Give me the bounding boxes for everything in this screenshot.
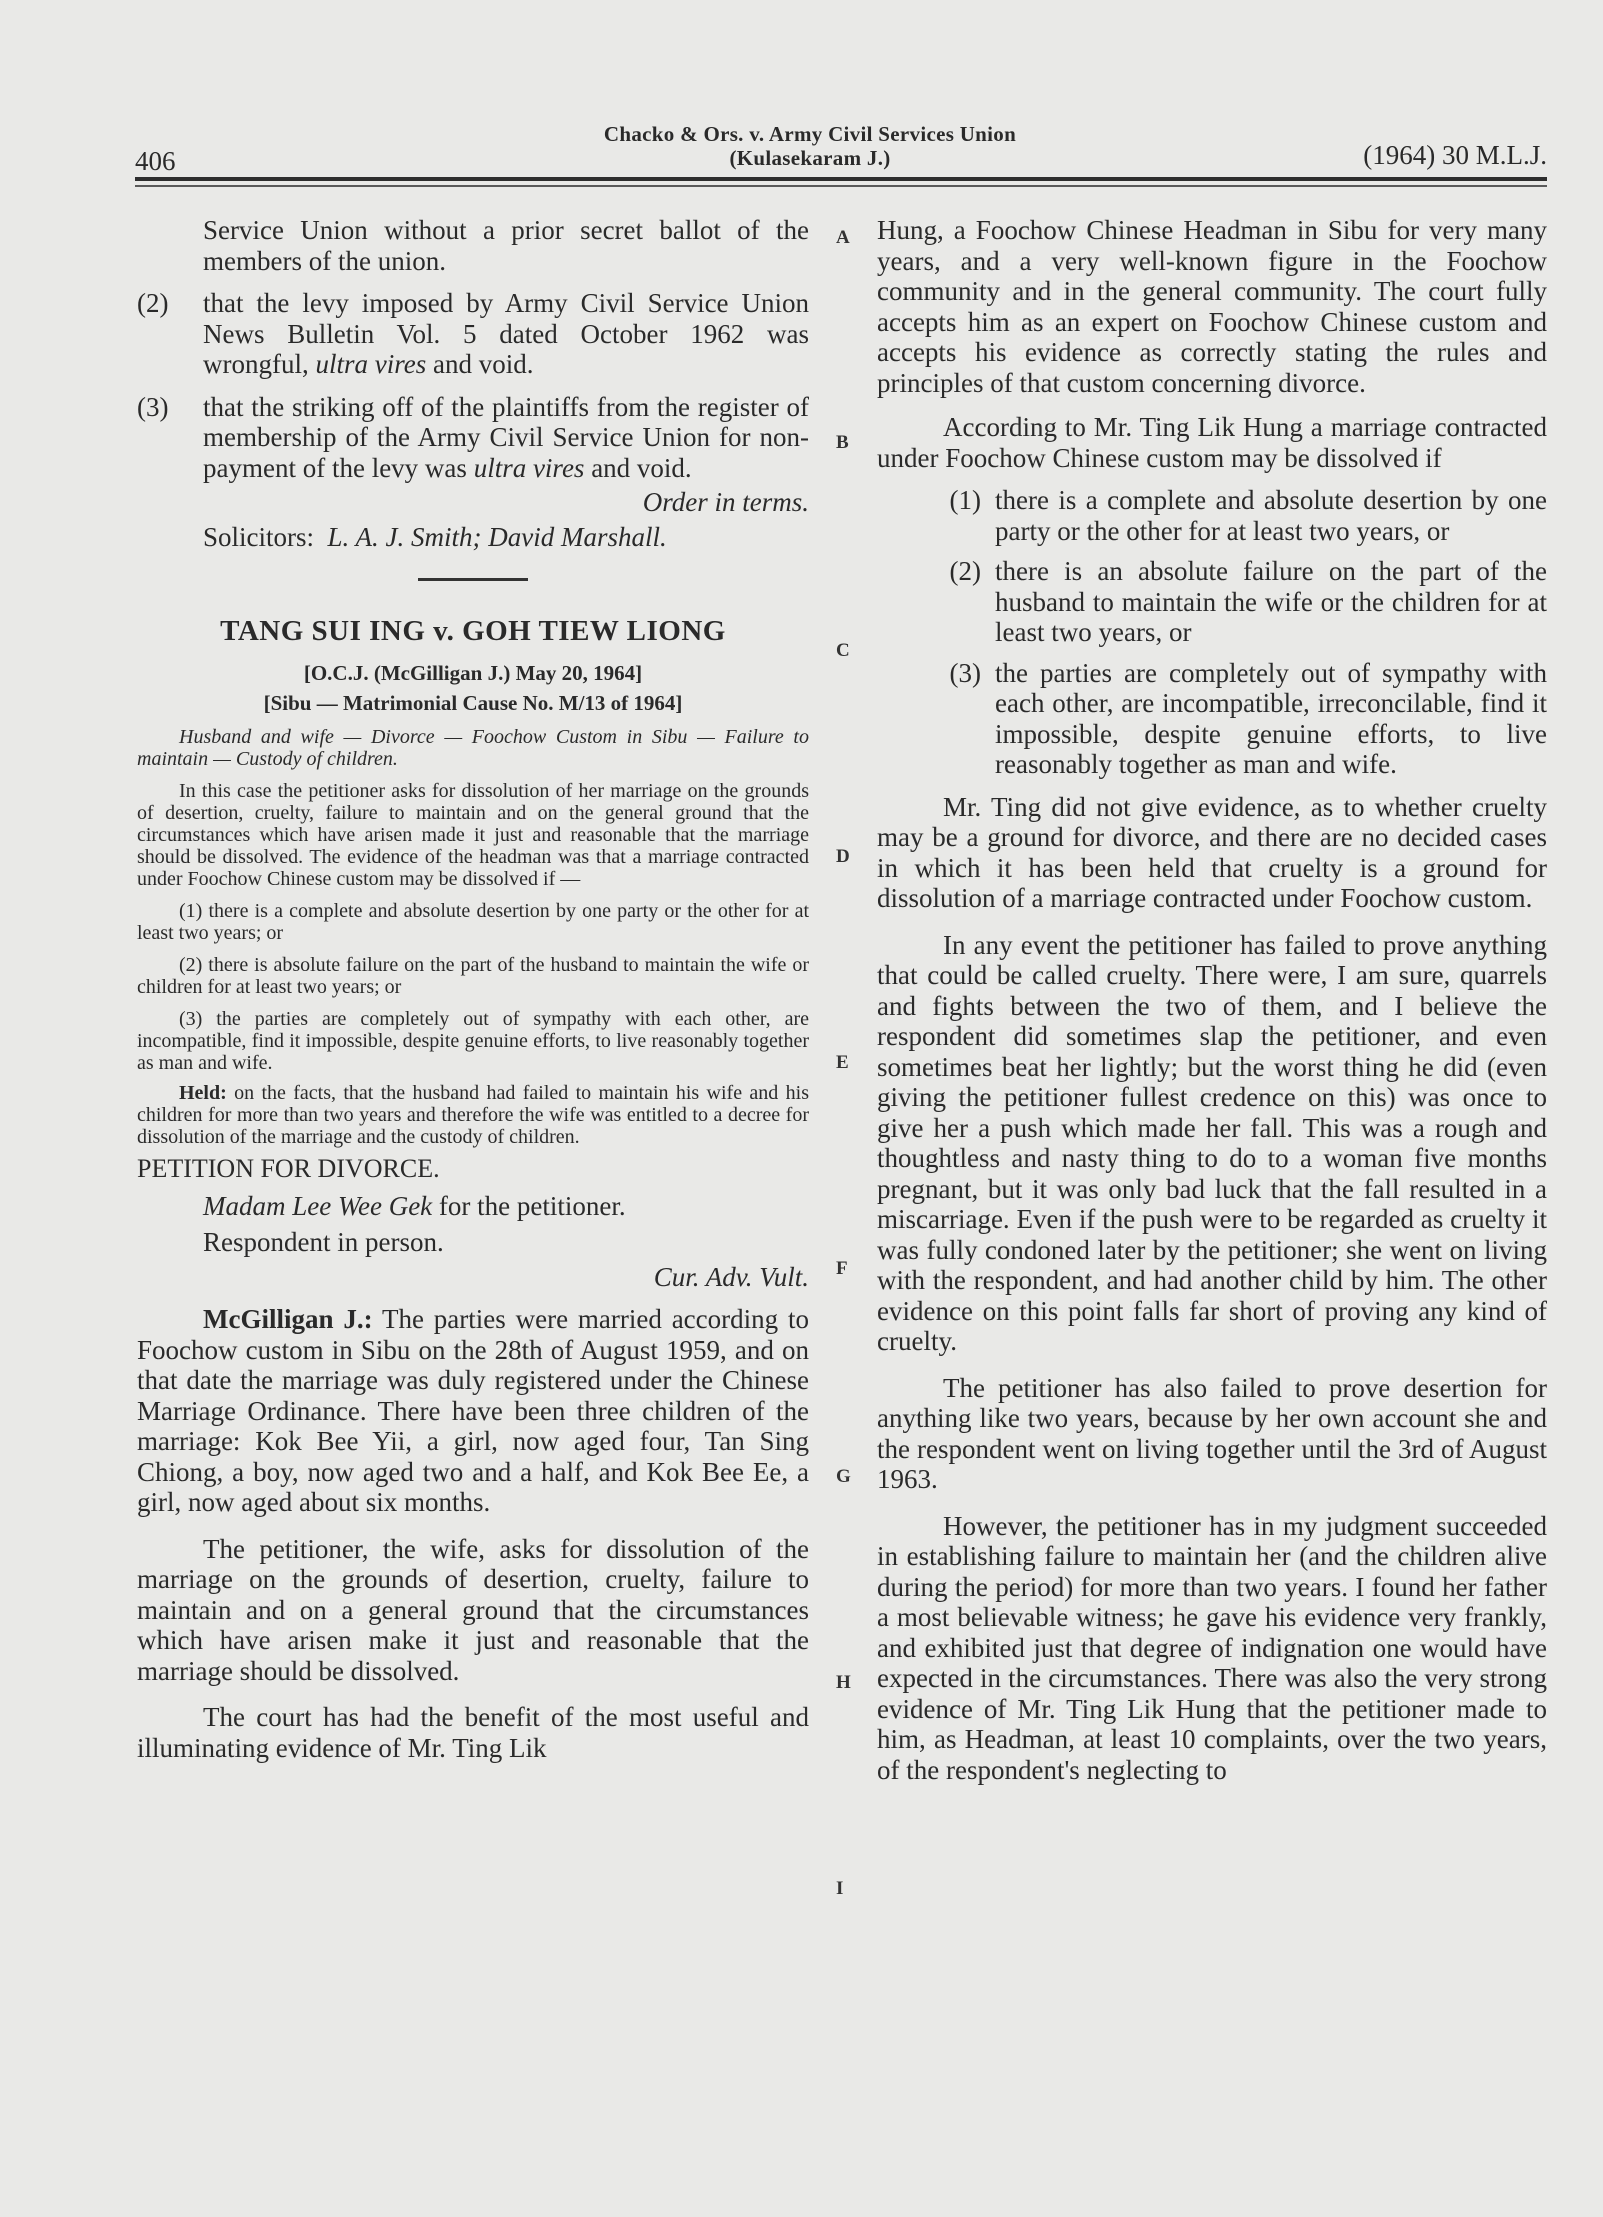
custom-ground-item: (1)there is a complete and absolute dese… (877, 485, 1547, 546)
margin-letter-e: E (836, 1052, 849, 1074)
custom-ground-item: (2)there is an absolute failure on the p… (877, 556, 1547, 648)
judgment-para-1: McGilligan J.: The parties were married … (137, 1304, 809, 1518)
cause-line: [Sibu — Matrimonial Cause No. M/13 of 19… (137, 688, 809, 718)
court-line: [O.C.J. (McGilligan J.) May 20, 1964] (137, 658, 809, 688)
right-para-1: Hung, a Foochow Chinese Headman in Sibu … (877, 215, 1547, 398)
right-column: Hung, a Foochow Chinese Headman in Sibu … (877, 215, 1547, 1785)
continuation-text: Service Union without a prior secret bal… (137, 215, 809, 276)
counsel-line: Madam Lee Wee Gek for the petitioner. (137, 1191, 809, 1222)
right-para-2: According to Mr. Ting Lik Hung a marriag… (877, 412, 1547, 473)
headnote: In this case the petitioner asks for dis… (137, 780, 809, 890)
left-column: Service Union without a prior secret bal… (137, 215, 809, 1763)
header-rule-thin (135, 185, 1547, 187)
margin-letter-f: F (836, 1258, 848, 1280)
running-title: Chacko & Ors. v. Army Civil Services Uni… (520, 122, 1100, 170)
margin-letter-h: H (836, 1672, 851, 1694)
petition-heading: PETITION FOR DIVORCE. (137, 1154, 809, 1185)
document-page: 406 Chacko & Ors. v. Army Civil Services… (0, 0, 1603, 2217)
custom-ground-item: (3)the parties are completely out of sym… (877, 658, 1547, 780)
margin-letter-i: I (836, 1878, 843, 1900)
page-number: 406 (135, 146, 176, 177)
journal-citation: (1964) 30 M.L.J. (1363, 140, 1547, 171)
respondent-line: Respondent in person. (137, 1227, 809, 1258)
cur-adv-vult: Cur. Adv. Vult. (137, 1262, 809, 1293)
header-rule-thick (135, 177, 1547, 181)
judgment-para-2: The petitioner, the wife, asks for disso… (137, 1534, 809, 1687)
headnote-item: (1) there is a complete and absolute des… (137, 900, 809, 944)
case-title: TANG SUI ING v. GOH TIEW LIONG (137, 615, 809, 648)
held-paragraph: Held: on the facts, that the husband had… (137, 1082, 809, 1148)
margin-letter-d: D (836, 846, 850, 868)
right-para-4: In any event the petitioner has failed t… (877, 930, 1547, 1357)
catchwords: Husband and wife — Divorce — Foochow Cus… (137, 726, 809, 770)
right-para-6: However, the petitioner has in my judgme… (877, 1511, 1547, 1786)
order-item: (3) that the striking off of the plainti… (137, 392, 809, 484)
margin-letter-g: G (836, 1466, 851, 1488)
right-para-5: The petitioner has also failed to prove … (877, 1373, 1547, 1495)
section-separator (418, 578, 528, 581)
margin-letter-c: C (836, 640, 850, 662)
order-item: (2) that the levy imposed by Army Civil … (137, 288, 809, 380)
headnote-item: (3) the parties are completely out of sy… (137, 1008, 809, 1074)
headnote-item: (2) there is absolute failure on the par… (137, 954, 809, 998)
margin-letter-a: A (836, 227, 850, 249)
margin-letter-b: B (836, 432, 849, 454)
right-para-3: Mr. Ting did not give evidence, as to wh… (877, 792, 1547, 914)
order-in-terms: Order in terms. (137, 487, 809, 518)
judgment-para-3: The court has had the benefit of the mos… (137, 1702, 809, 1763)
solicitors-line: Solicitors: L. A. J. Smith; David Marsha… (137, 522, 809, 553)
